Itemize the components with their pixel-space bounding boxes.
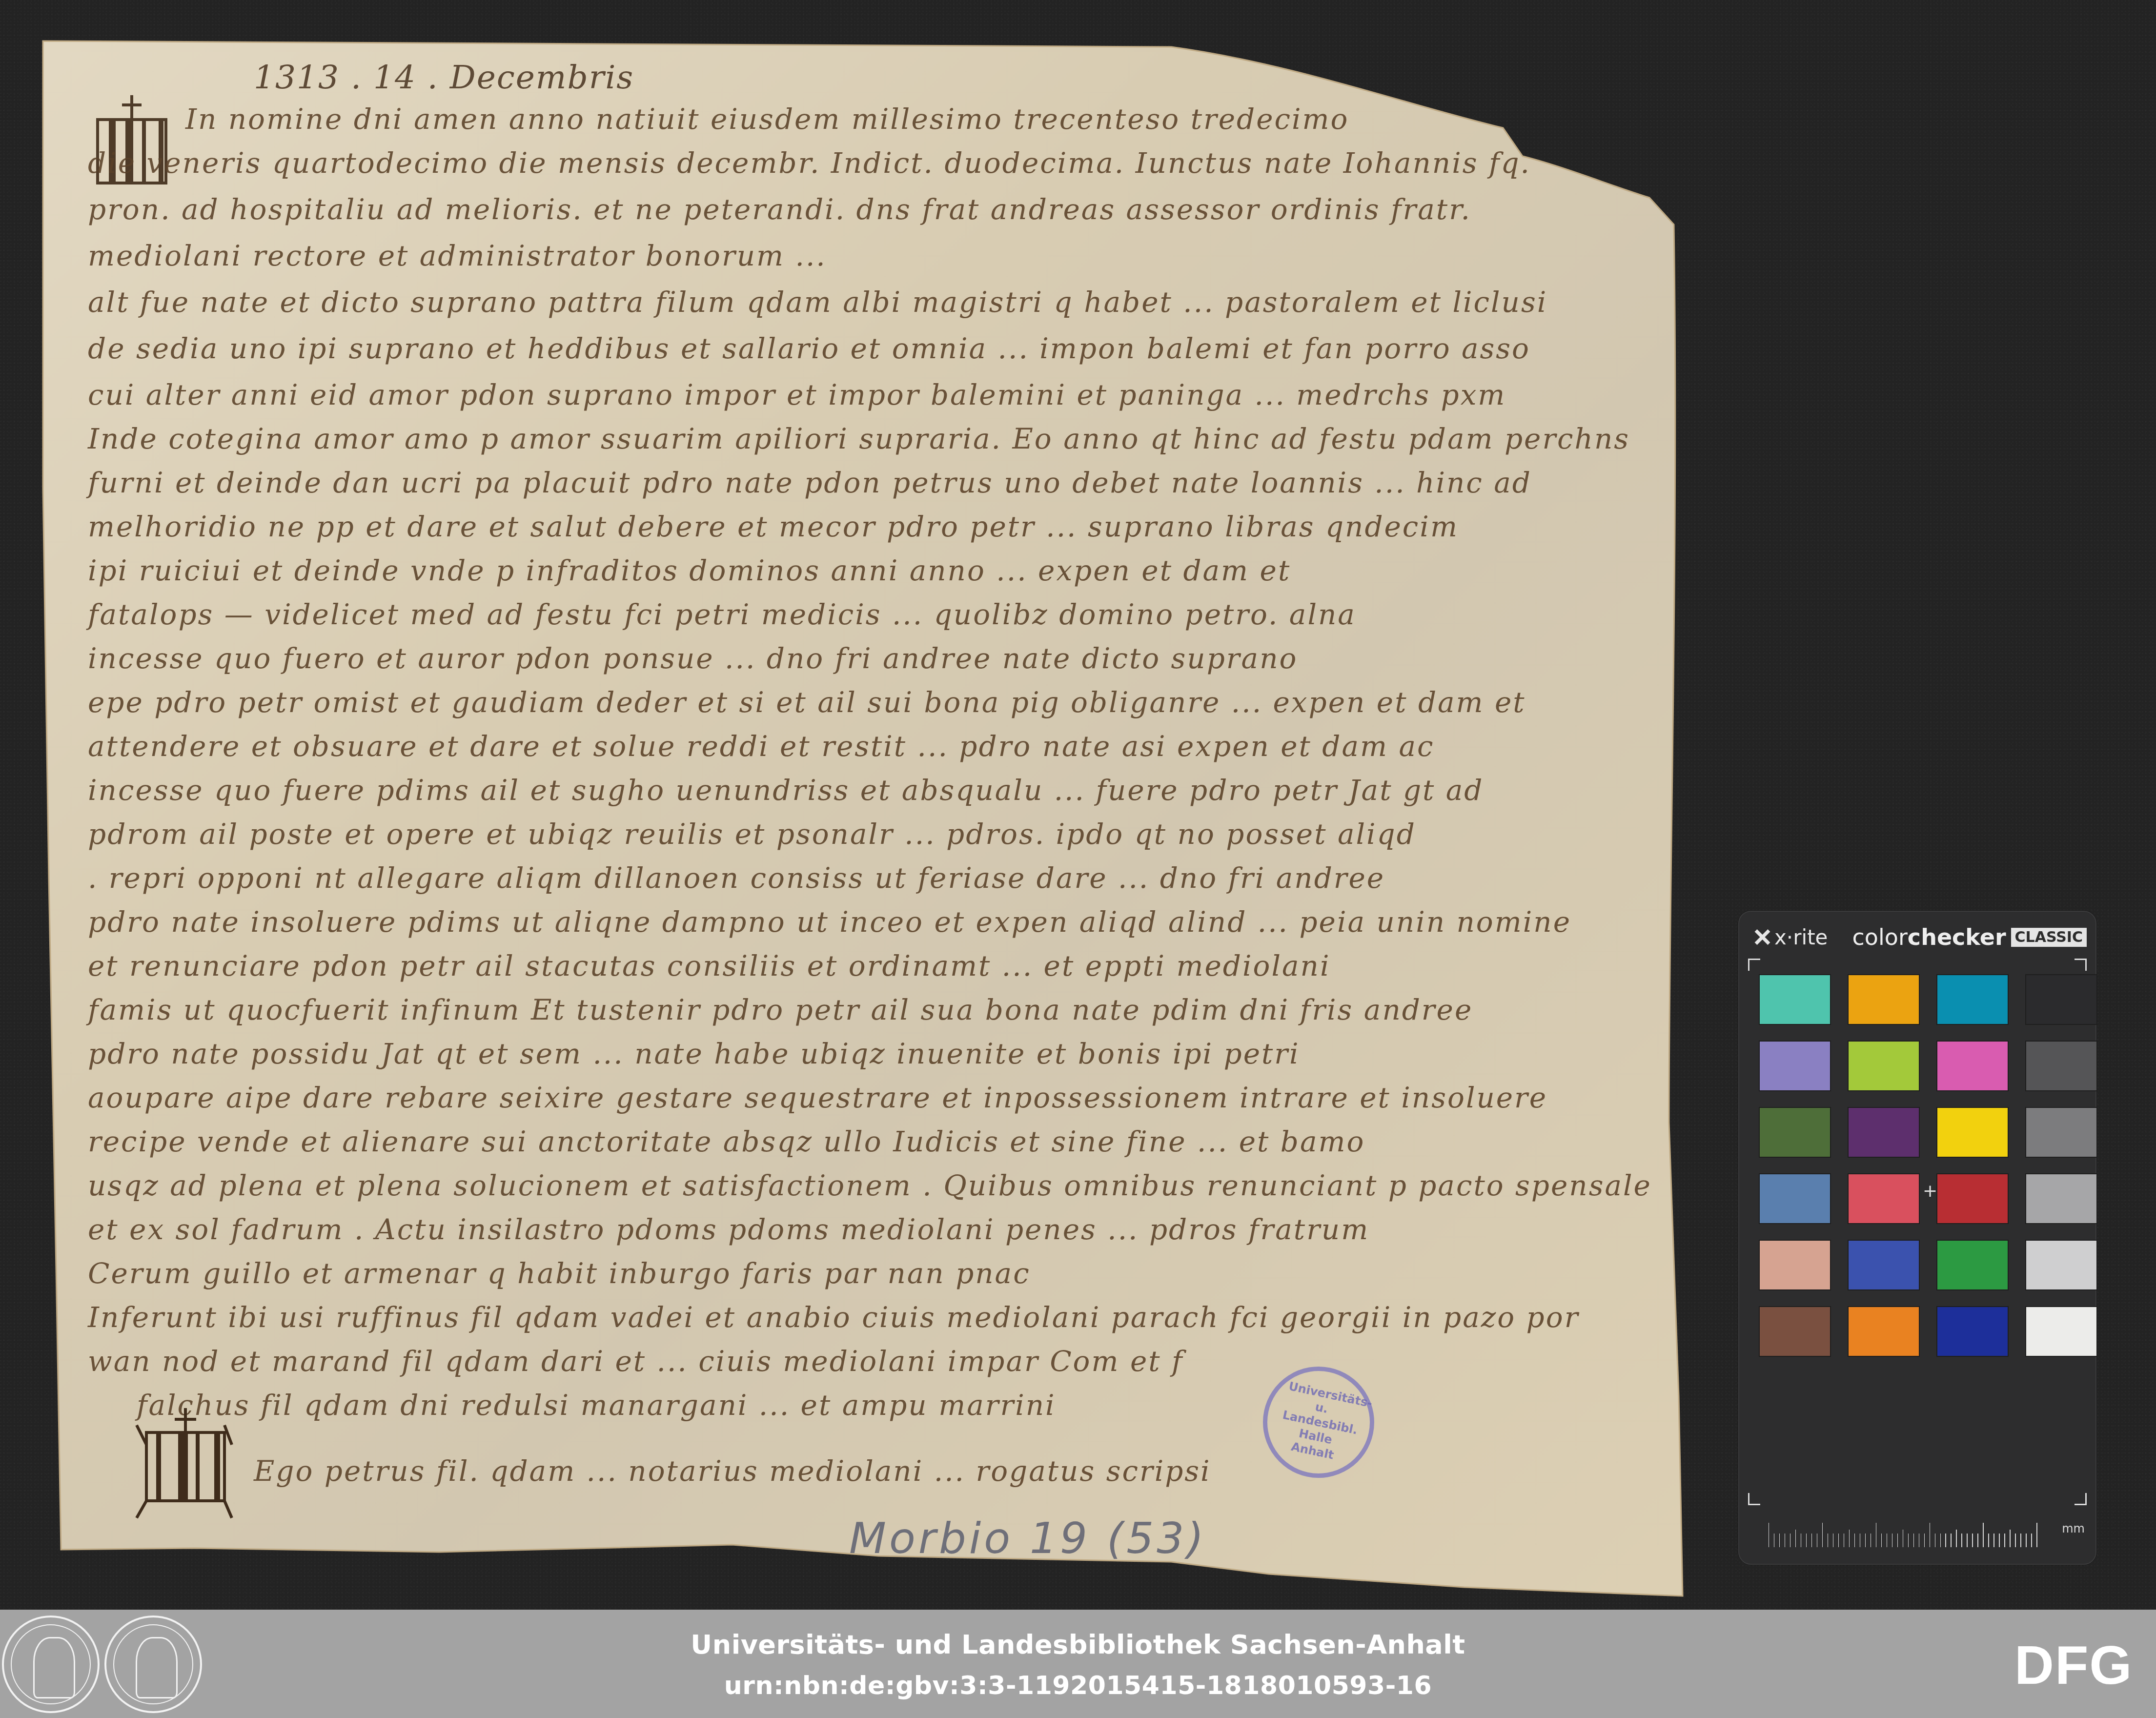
ruler-tick <box>1897 1534 1898 1547</box>
manuscript-line: Inde cotegina amor amo p amor ssuarim ap… <box>88 422 1630 455</box>
ruler-tick <box>1935 1534 1935 1547</box>
color-patch <box>2025 1306 2097 1357</box>
ruler-tick <box>1849 1530 1850 1547</box>
color-patch <box>1759 1107 1831 1158</box>
ruler-tick <box>2010 1530 2010 1547</box>
manuscript-line: alt fue nate et dicto suprano pattra fil… <box>88 286 1547 319</box>
ruler-tick <box>2004 1534 2005 1547</box>
ruler-tick <box>1945 1534 1946 1547</box>
scan-background: 1313 . 14 . Decembris In nomine dni amen… <box>0 0 2156 1610</box>
urn-identifier: urn:nbn:de:gbv:3:3-1192015415-1818010593… <box>0 1671 2156 1700</box>
ruler-tick <box>1871 1534 1871 1547</box>
shelfmark-annotation: Morbio 19 (53) <box>849 1513 1207 1563</box>
ruler-tick <box>1881 1534 1882 1547</box>
ruler-tick <box>1930 1523 1930 1547</box>
manuscript-line: attendere et obsuare et dare et solue re… <box>88 730 1435 763</box>
ruler-tick <box>1790 1534 1790 1547</box>
ruler-tick <box>2020 1534 2021 1547</box>
manuscript-line: usqz ad plena et plena solucionem et sat… <box>88 1169 1652 1202</box>
color-checker-card: x·rite color checker CLASSIC + mm <box>1738 911 2096 1565</box>
color-patch <box>2025 1107 2097 1158</box>
manuscript-line: de sedia uno ipi suprano et heddibus et … <box>88 332 1530 365</box>
ruler-tick <box>1838 1534 1839 1547</box>
color-patch <box>2025 1240 2097 1290</box>
color-patch <box>1848 974 1920 1025</box>
ruler-tick <box>2026 1534 2026 1547</box>
manuscript-line: melhoridio ne pp et dare et salut debere… <box>88 510 1459 543</box>
registration-corner-icon <box>1748 959 1760 971</box>
color-patch <box>1759 1173 1831 1224</box>
manuscript-line: Inferunt ibi usi ruffinus fil qdam vadei… <box>88 1301 1579 1334</box>
manuscript-line: In nomine dni amen anno natiuit eiusdem … <box>185 102 1349 136</box>
ruler-tick <box>1993 1534 1994 1547</box>
ruler-tick <box>1919 1534 1919 1547</box>
color-patch <box>1848 1306 1920 1357</box>
ruler-tick <box>1817 1534 1817 1547</box>
ruler-tick <box>1908 1534 1909 1547</box>
ruler-tick <box>1967 1534 1967 1547</box>
color-patch <box>2025 1173 2097 1224</box>
color-patch <box>1936 1107 2009 1158</box>
manuscript-line: et renunciare pdon petr ail stacutas con… <box>88 949 1331 982</box>
manuscript-line: . repri opponi nt allegare aliqm dillano… <box>88 861 1385 895</box>
manuscript-line: wan nod et marand fil qdam dari et ... c… <box>88 1345 1183 1378</box>
color-patch <box>1936 1306 2009 1357</box>
manuscript-line: Ego petrus fil. qdam ... notarius mediol… <box>254 1454 1211 1488</box>
color-patch <box>1848 1041 1920 1091</box>
color-patch <box>1759 1041 1831 1091</box>
color-patch <box>1936 1173 2009 1224</box>
manuscript-line: incesse quo fuere pdims ail et sugho uen… <box>88 774 1484 807</box>
notarial-signum-bottom-icon <box>132 1406 239 1528</box>
manuscript-line: aoupare aipe dare rebare seixire gestare… <box>88 1081 1547 1114</box>
ruler-tick <box>1876 1523 1876 1547</box>
manuscript-line: epe pdro petr omist et gaudiam deder et … <box>88 686 1526 719</box>
ruler-tick <box>1924 1534 1925 1547</box>
manuscript-line: falchus fil qdam dni redulsi manargani .… <box>137 1389 1056 1422</box>
manuscript-line: incesse quo fuero et auror pdon ponsue .… <box>88 642 1298 675</box>
registration-corner-icon <box>2075 1493 2087 1505</box>
ruler-tick <box>1913 1534 1914 1547</box>
manuscript-line: et ex sol fadrum . Actu insilastro pdoms… <box>88 1213 1369 1246</box>
color-patch <box>1759 1240 1831 1290</box>
color-patch <box>1848 1173 1920 1224</box>
manuscript-line: ipi ruiciui et deinde vnde p infraditos … <box>88 554 1291 587</box>
ruler-tick <box>1844 1534 1844 1547</box>
library-footer: Universitäts- und Landesbibliothek Sachs… <box>0 1610 2156 1718</box>
manuscript-line: furni et deinde dan ucri pa placuit pdro… <box>88 466 1532 499</box>
color-patch <box>1848 1107 1920 1158</box>
ruler-tick <box>1779 1534 1780 1547</box>
ruler-tick <box>1903 1530 1903 1547</box>
color-patch <box>1759 974 1831 1025</box>
manuscript-line: mediolani rectore et administrator bonor… <box>88 239 827 272</box>
color-patch <box>1936 1041 2009 1091</box>
ruler-tick <box>1801 1534 1801 1547</box>
manuscript-line: fatalops — videlicet med ad festu fci pe… <box>88 598 1356 631</box>
manuscript-line: pdro nate possidu Jat qt et sem ... nate… <box>88 1037 1300 1070</box>
ruler-tick <box>1860 1534 1860 1547</box>
manuscript-line: pdro nate insoluere pdims ut aliqne damp… <box>88 905 1571 939</box>
ruler-tick <box>1988 1534 1989 1547</box>
color-patch-grid <box>1759 974 2097 1357</box>
date-annotation: 1313 . 14 . Decembris <box>254 59 634 96</box>
ruler-tick <box>1983 1523 1983 1547</box>
ruler-tick <box>1972 1534 1973 1547</box>
ruler-tick <box>1822 1523 1823 1547</box>
ruler-tick <box>1833 1534 1833 1547</box>
manuscript-line: pron. ad hospitaliu ad melioris. et ne p… <box>88 193 1471 226</box>
xrite-logo: x·rite <box>1754 925 1828 949</box>
colorchecker-title: color checker CLASSIC <box>1852 924 2087 950</box>
ruler-tick <box>2015 1534 2015 1547</box>
ruler-tick <box>1887 1534 1887 1547</box>
manuscript-line: recipe vende et alienare sui anctoritate… <box>88 1125 1365 1158</box>
ruler-tick <box>1769 1523 1769 1547</box>
ruler-tick <box>1806 1534 1807 1547</box>
classic-badge: CLASSIC <box>2011 928 2087 947</box>
manuscript-line: die veneris quartodecimo die mensis dece… <box>88 146 1531 180</box>
manuscript-line: pdrom ail poste et opere et ubiqz reuili… <box>88 818 1416 851</box>
ruler-tick <box>1774 1534 1774 1547</box>
ruler-tick <box>1956 1530 1956 1547</box>
ruler-tick <box>2031 1534 2032 1547</box>
mm-ruler <box>1769 1518 2042 1547</box>
ruler-tick <box>1892 1534 1892 1547</box>
dfg-logo: DFG <box>2014 1638 2133 1693</box>
color-checker-header: x·rite color checker CLASSIC <box>1754 922 2087 952</box>
crosshair-icon: + <box>1923 1183 1937 1200</box>
parchment-charter: 1313 . 14 . Decembris In nomine dni amen… <box>0 0 1737 1610</box>
xrite-x-icon <box>1754 929 1770 945</box>
ruler-tick <box>1999 1534 1999 1547</box>
ruler-tick <box>2036 1523 2037 1547</box>
ruler-tick <box>1828 1534 1828 1547</box>
color-patch <box>2025 1041 2097 1091</box>
ruler-tick <box>1951 1534 1951 1547</box>
ruler-tick <box>1854 1534 1855 1547</box>
ruler-tick <box>1977 1534 1978 1547</box>
manuscript-line: Cerum guillo et armenar q habit inburgo … <box>88 1257 1031 1290</box>
ruler-tick <box>1961 1534 1962 1547</box>
registration-corner-icon <box>2075 959 2087 971</box>
ruler-tick <box>1940 1534 1941 1547</box>
manuscript-line: cui alter anni eid amor pdon suprano imp… <box>88 378 1506 411</box>
color-patch <box>1848 1240 1920 1290</box>
registration-corner-icon <box>1748 1493 1760 1505</box>
color-patch <box>1936 974 2009 1025</box>
ruler-tick <box>1785 1534 1785 1547</box>
manuscript-line: famis ut quocfuerit infinum Et tustenir … <box>88 993 1473 1026</box>
ruler-unit-label: mm <box>2062 1522 2085 1535</box>
ruler-tick <box>1865 1534 1866 1547</box>
ruler-tick <box>1795 1530 1796 1547</box>
institution-name: Universitäts- und Landesbibliothek Sachs… <box>0 1629 2156 1660</box>
ruler-tick <box>1811 1534 1812 1547</box>
color-patch <box>2025 974 2097 1025</box>
color-patch <box>1759 1306 1831 1357</box>
color-patch <box>1936 1240 2009 1290</box>
